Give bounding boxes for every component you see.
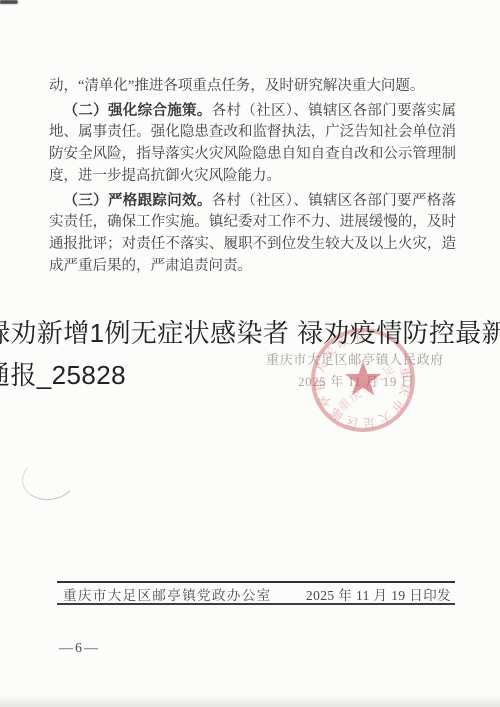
scan-edge-shadow [0, 695, 500, 707]
paragraph-2-heading: （二）强化综合施策。 [64, 103, 212, 119]
page-number: —6— [59, 641, 100, 657]
scanned-document-page: 动，“清单化”推进各项重点任务，及时研究解决重大问题。 （二）强化综合施策。各村… [0, 0, 500, 707]
paragraph-text: 动，“清单化”推进各项重点任务，及时研究解决重大问题。 [49, 78, 424, 94]
paragraph-continuation: 动，“清单化”推进各项重点任务，及时研究解决重大问题。 [49, 76, 456, 98]
document-body: 动，“清单化”推进各项重点任务，及时研究解决重大问题。 （二）强化综合施策。各村… [49, 76, 456, 277]
footer-office: 重庆市大足区邮亭镇党政办公室 [57, 584, 272, 604]
scan-artifact-arc [20, 455, 78, 502]
footer-print-date: 2025 年 11 月 19 日印发 [306, 584, 455, 604]
paragraph-3-heading: （三）严格跟踪问效。 [64, 193, 212, 209]
paragraph-3: （三）严格跟踪问效。各村（社区）、镇辖区各部门要严格落实责任，确保工作实施。镇纪… [49, 191, 456, 278]
paragraph-2: （二）强化综合施策。各村（社区）、镇辖区各部门要落实属地、属事责任。强化隐患查改… [49, 101, 456, 188]
overlay-title-line1: 禄劝新增1例无症状感染者 禄劝疫情防控最新 [0, 312, 500, 354]
scan-smudge [0, 0, 18, 4]
footer-rule-bottom [57, 603, 455, 605]
overlay-title-line2: 通报_25828 [0, 354, 500, 396]
footer: 重庆市大足区邮亭镇党政办公室 2025 年 11 月 19 日印发 [57, 585, 455, 602]
overlay-title: 禄劝新增1例无症状感染者 禄劝疫情防控最新 通报_25828 [0, 312, 500, 396]
